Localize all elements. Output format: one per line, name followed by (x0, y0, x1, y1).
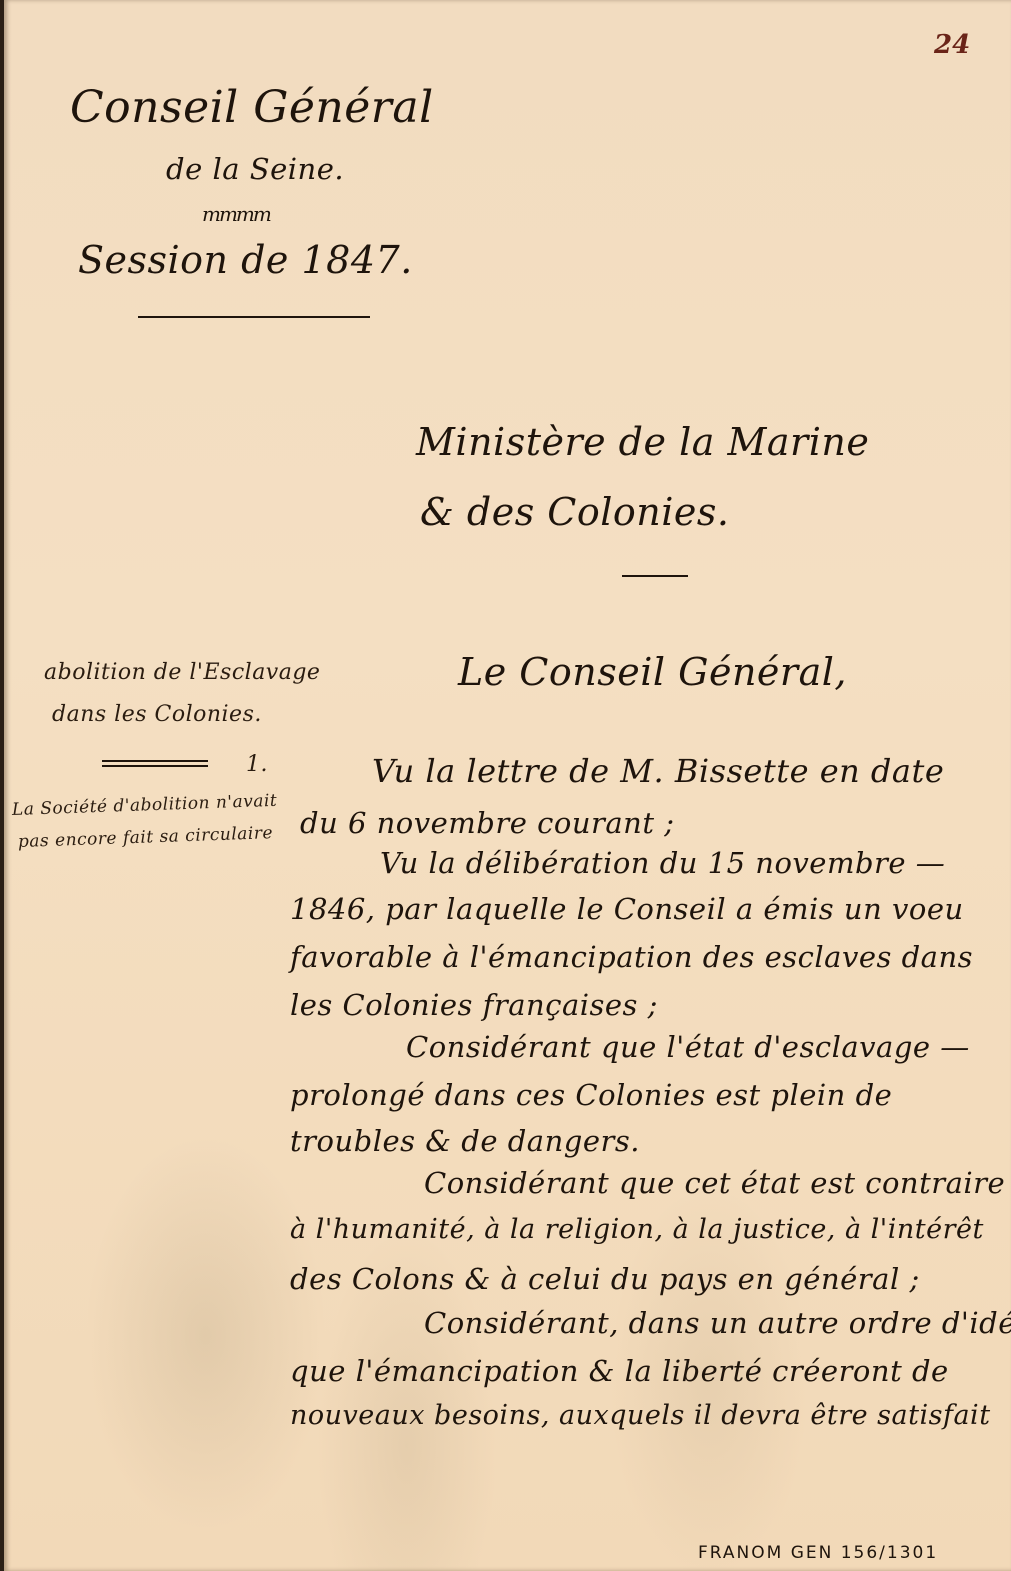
body-line: à l'humanité, à la religion, à la justic… (290, 1214, 984, 1245)
margin-subject-line-2: dans les Colonies. (52, 702, 262, 727)
margin-double-rule-bottom (102, 765, 208, 767)
margin-number: 1. (246, 752, 268, 777)
body-line: les Colonies françaises ; (290, 988, 658, 1022)
manuscript-page: 24 Conseil Général de la Seine. mmmm Ses… (4, 0, 1011, 1571)
ministry-rule (622, 575, 688, 577)
header-rule (138, 316, 370, 318)
margin-subject-line-1: abolition de l'Esclavage (44, 660, 320, 685)
body-line: Considérant, dans un autre ordre d'idées… (424, 1306, 1011, 1340)
body-line: 1846, par laquelle le Conseil a émis un … (290, 892, 964, 926)
archive-stamp: FRANOM GEN 156/1301 (698, 1543, 938, 1563)
body-line: Considérant que cet état est contraire (424, 1166, 1005, 1200)
folio-number: 24 (934, 30, 970, 60)
body-line: Vu la lettre de M. Bissette en date (372, 752, 944, 790)
body-line: des Colons & à celui du pays en général … (290, 1262, 920, 1296)
header-seine: de la Seine. (166, 152, 344, 186)
body-line: Considérant que l'état d'esclavage — (406, 1030, 970, 1064)
body-line: que l'émancipation & la liberté créeront… (290, 1354, 949, 1388)
body-line: nouveaux besoins, auxquels il devra être… (290, 1400, 991, 1431)
header-ornament: mmmm (202, 202, 270, 226)
ministry-line-2: & des Colonies. (420, 490, 729, 534)
margin-annotation-line-2: pas encore fait sa circulaire (18, 823, 274, 852)
margin-double-rule-top (102, 760, 208, 762)
body-line: prolongé dans ces Colonies est plein de (290, 1078, 892, 1112)
body-line: du 6 novembre courant ; (300, 806, 674, 840)
body-line: Vu la délibération du 15 novembre — (380, 846, 945, 880)
header-council-title: Conseil Général (70, 82, 434, 133)
body-line: troubles & de dangers. (290, 1124, 640, 1158)
resolution-heading: Le Conseil Général, (458, 650, 847, 694)
margin-annotation-line-1: La Société d'abolition n'avait (12, 791, 278, 820)
body-line: favorable à l'émancipation des esclaves … (290, 940, 973, 974)
ministry-line-1: Ministère de la Marine (416, 420, 869, 464)
header-session: Session de 1847. (78, 238, 413, 282)
